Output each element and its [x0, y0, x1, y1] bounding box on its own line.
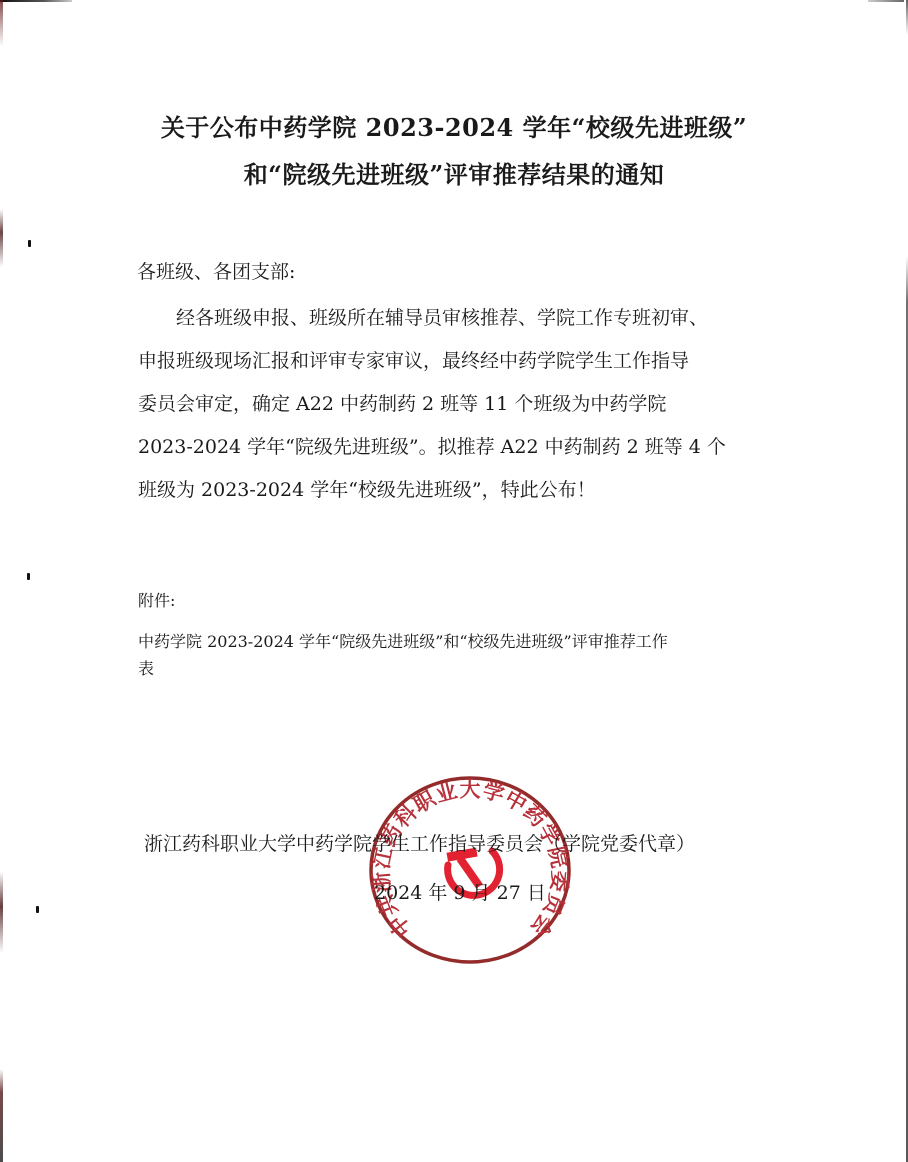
attachment-title-line-2: 表 [138, 655, 788, 682]
binding-hole-mark [36, 906, 39, 913]
document-page: 关于公布中药学院 2023-2024 学年“校级先进班级” 和“院级先进班级”评… [0, 0, 908, 1162]
scan-edge-top-left [0, 0, 72, 2]
attachment-label: 附件: [138, 588, 175, 611]
attachment-title-line-1: 中药学院 2023-2024 学年“院级先进班级”和“校级先进班级”评审推荐工作 [138, 628, 788, 655]
body-line: 申报班级现场汇报和评审专家审议，最终经中药学院学生工作指导 [138, 340, 798, 383]
svg-text:中共浙江药科职业大学中药学院委员会: 中共浙江药科职业大学中药学院委员会 [368, 777, 573, 943]
attachment-title: 中药学院 2023-2024 学年“院级先进班级”和“校级先进班级”评审推荐工作… [138, 628, 788, 682]
salutation: 各班级、各团支部: [137, 257, 295, 284]
seal-ring-text: 中共浙江药科职业大学中药学院委员会 [368, 777, 573, 943]
body-paragraph: 经各班级申报、班级所在辅导员审核推荐、学院工作专班初审、 申报班级现场汇报和评审… [138, 297, 798, 512]
issuer-signature: 浙江药科职业大学中药学院学生工作指导委员会（学院党委代章） [144, 829, 695, 856]
body-line: 2023-2024 学年“院级先进班级”。拟推荐 A22 中药制药 2 班等 4… [138, 426, 798, 469]
body-line: 班级为 2023-2024 学年“校级先进班级”，特此公布！ [138, 469, 798, 512]
issue-date: 2024 年 9 月 27 日 [374, 878, 546, 905]
body-line: 委员会审定，确定 A22 中药制药 2 班等 11 个班级为中药学院 [138, 383, 798, 426]
document-title-line-2: 和“院级先进班级”评审推荐结果的通知 [0, 155, 908, 190]
document-title-line-1: 关于公布中药学院 2023-2024 学年“校级先进班级” [0, 108, 908, 143]
scan-edge-top-right [868, 0, 904, 2]
binding-hole-mark [27, 573, 30, 580]
body-line: 经各班级申报、班级所在辅导员审核推荐、学院工作专班初审、 [138, 297, 798, 340]
official-seal-icon: 中共浙江药科职业大学中药学院委员会 [368, 775, 573, 965]
binding-hole-mark [28, 240, 31, 247]
